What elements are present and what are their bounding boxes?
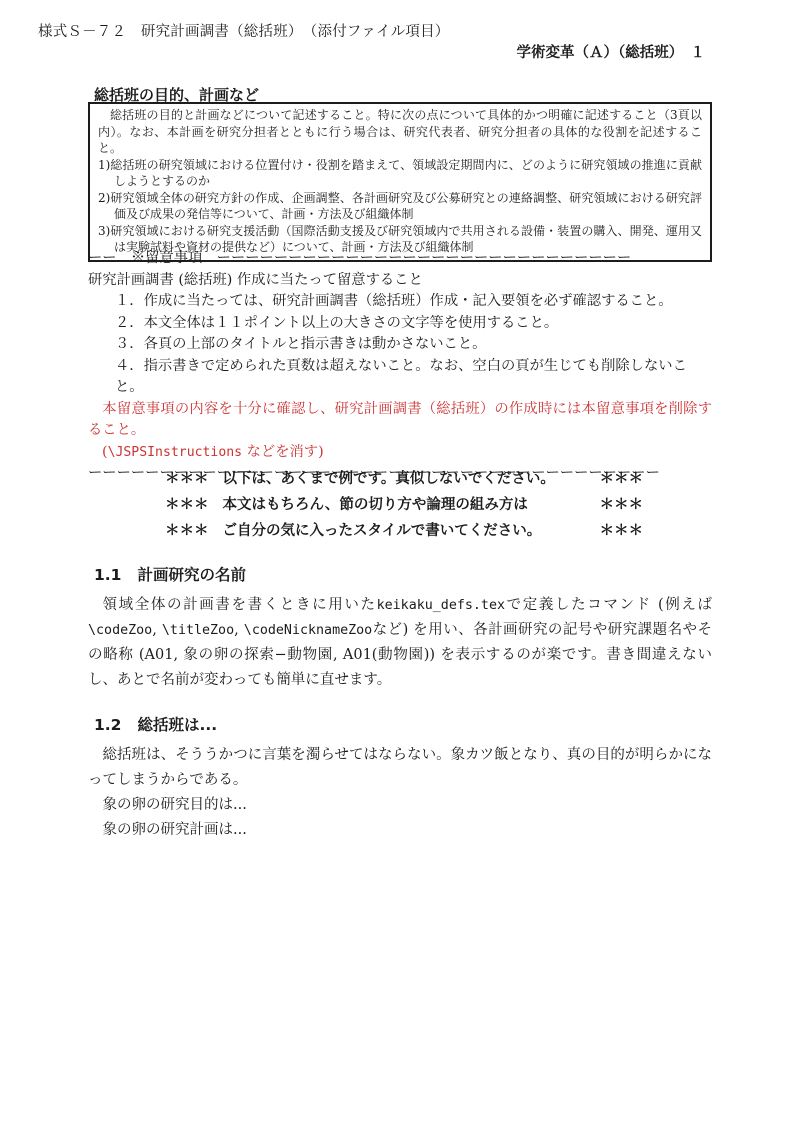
instruction-intro: 総括班の目的と計画などについて記述すること。特に次の点について具体的かつ明確に記…: [98, 107, 702, 157]
item-text: 総括班の研究領域における位置付け・役割を踏まえて、領域設定期間内に、どのように研…: [110, 158, 702, 189]
example-disclaimer: ＊＊＊以下は、あくまで例です。真似しないでください。＊＊＊ ＊＊＊本文はもちろん…: [165, 466, 643, 544]
paragraph: 象の卵の研究計画は...: [88, 818, 712, 843]
text-run: ,: [152, 622, 162, 638]
section-number: 1.2: [94, 716, 121, 734]
notes-item-4: ４．指示書きで定められた頁数は超えないこと。なお、空白の頁が生じても削除しないこ…: [115, 356, 712, 399]
section-number: 1.1: [94, 566, 121, 584]
section-title-text: 計画研究の名前: [137, 566, 246, 584]
notes-open-divider: ーー ※留意事項 ーーーーーーーーーーーーーーーーーーーーーーーーーーーーー: [88, 248, 712, 270]
text-run: で定義したコマンド (例えば: [505, 597, 712, 613]
example-text: ご自分の気に入ったスタイルで書いてください。: [209, 518, 600, 544]
item-number: 1): [98, 158, 110, 172]
example-line-1: ＊＊＊以下は、あくまで例です。真似しないでください。＊＊＊: [165, 466, 643, 492]
red-code-line: (\JSPSInstructions などを消す): [102, 442, 712, 464]
section-1-1-paragraph: 領域全体の計画書を書くときに用いたkeikaku_defs.texで定義したコマ…: [88, 593, 712, 693]
section-1-2-paragraphs: 総括班は、そううかつに言葉を濁らせてはならない。象カツ飯となり、真の目的が明らか…: [88, 743, 712, 843]
notes-heading: 研究計画調書 (総括班) 作成に当たって留意すること: [88, 270, 712, 292]
section-1-1-heading: 1.1計画研究の名前: [94, 563, 246, 585]
latex-command: \codeZoo: [88, 623, 152, 638]
latex-command: \titleZoo: [162, 623, 234, 638]
text-run: ,: [234, 622, 244, 638]
notes-item-1: １．作成に当たっては、研究計画調書（総括班）作成・記入要領を必ず確認すること。: [115, 291, 712, 313]
item-number: 3): [98, 224, 110, 238]
page-header-right: 学術変革（Ａ）（総括班） １: [517, 41, 706, 62]
asterisks-left: ＊＊＊: [165, 492, 209, 518]
item-text: 研究領域全体の研究方針の作成、企画調整、各計画研究及び公募研究との連絡調整、研究…: [110, 191, 702, 222]
instruction-box: 総括班の目的と計画などについて記述すること。特に次の点について具体的かつ明確に記…: [88, 102, 712, 262]
filename-code: keikaku_defs.tex: [377, 598, 505, 613]
asterisks-right: ＊＊＊: [600, 492, 644, 518]
section-title-text: 総括班は...: [137, 716, 217, 734]
item-number: 2): [98, 191, 110, 205]
notes-item-2: ２．本文全体は１１ポイント以上の大きさの文字等を使用すること。: [115, 313, 712, 335]
paragraph: 総括班は、そううかつに言葉を濁らせてはならない。象カツ飯となり、真の目的が明らか…: [88, 743, 712, 793]
form-number-header: 様式Ｓ－７２ 研究計画調書（総括班） （添付ファイル項目）: [38, 20, 450, 41]
notes-item-3: ３．各頁の上部のタイトルと指示書きは動かさないこと。: [115, 334, 712, 356]
notes-block: ーー ※留意事項 ーーーーーーーーーーーーーーーーーーーーーーーーーーーーー 研…: [88, 248, 712, 485]
example-text: 本文はもちろん、節の切り方や論理の組み方は: [209, 492, 600, 518]
section-1-2-heading: 1.2総括班は...: [94, 713, 217, 735]
example-line-2: ＊＊＊本文はもちろん、節の切り方や論理の組み方は＊＊＊: [165, 492, 643, 518]
red-warning-text: 本留意事項の内容を十分に確認し、研究計画調書（総括班）の作成時には本留意事項を削…: [88, 399, 712, 442]
example-line-3: ＊＊＊ご自分の気に入ったスタイルで書いてください。＊＊＊: [165, 518, 643, 544]
paren-close: などを消す): [242, 444, 324, 460]
latex-command: \codeNicknameZoo: [244, 623, 372, 638]
document-page: 様式Ｓ－７２ 研究計画調書（総括班） （添付ファイル項目） 学術変革（Ａ）（総括…: [0, 0, 794, 1123]
asterisks-right: ＊＊＊: [600, 518, 644, 544]
asterisks-left: ＊＊＊: [165, 518, 209, 544]
instruction-item-1: 1)総括班の研究領域における位置付け・役割を踏まえて、領域設定期間内に、どのよう…: [98, 157, 702, 190]
instruction-item-2: 2)研究領域全体の研究方針の作成、企画調整、各計画研究及び公募研究との連絡調整、…: [98, 190, 702, 223]
asterisks-left: ＊＊＊: [165, 466, 209, 492]
example-text: 以下は、あくまで例です。真似しないでください。: [209, 466, 600, 492]
latex-command: \JSPSInstructions: [108, 445, 243, 460]
text-run: 領域全体の計画書を書くときに用いた: [103, 597, 377, 613]
paragraph: 象の卵の研究目的は...: [88, 793, 712, 818]
asterisks-right: ＊＊＊: [600, 466, 644, 492]
